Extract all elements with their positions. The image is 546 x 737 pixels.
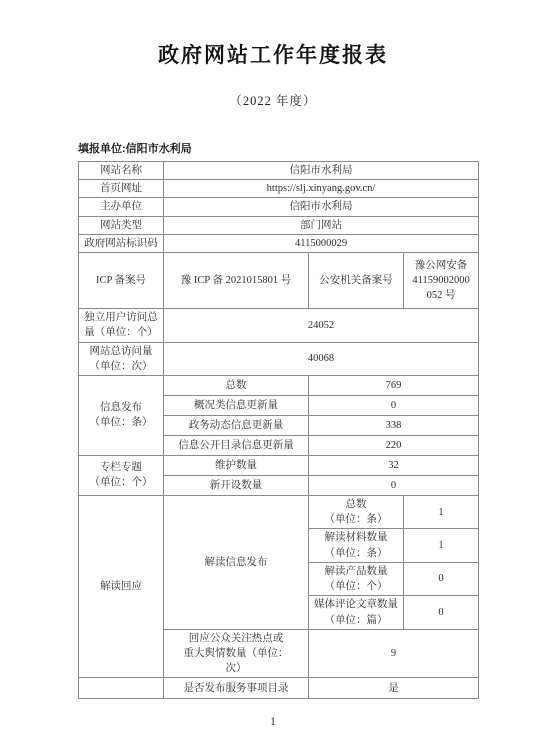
report-page: 政府网站工作年度报表 （2022 年度） 填报单位:信阳市水利局 网站名称 信阳… [0,0,546,737]
interpretation-item-label-cell: 解读产品数量 （单位：个） [309,562,404,595]
empty-section-cell [79,678,164,699]
site-name-value-cell: 信阳市水利局 [164,162,479,180]
special-columns-section-label-cell: 专栏专题 （单位：个） [79,455,164,495]
homepage-url-cell: https://slj.xinyang.gov.cn/ [164,180,479,198]
interpretation-item-label-cell: 总数 （单位：条） [309,495,404,528]
public-response-label-cell: 回应公众关注热点或 重大舆情数量（单位： 次） [164,629,309,678]
page-number: 1 [0,716,546,728]
service-catalog-label-cell: 是否发布服务事项目录 [164,678,309,699]
table-row: 政府网站标识码 4115000029 [79,234,479,252]
info-publish-item-value-cell: 0 [309,395,479,415]
total-visits-label-cell: 网站总访问量 （单位：次） [79,342,164,375]
info-publish-item-label-cell: 概况类信息更新量 [164,395,309,415]
table-row: 独立用户访问总 量（单位：个） 24052 [79,309,479,342]
table-row: 网站类型 部门网站 [79,216,479,234]
site-type-value-cell: 部门网站 [164,216,479,234]
info-publish-section-label-cell: 信息发布 （单位：条） [79,375,164,455]
info-publish-item-label-cell: 总数 [164,375,309,395]
site-name-label-cell: 网站名称 [79,162,164,180]
police-label-cell: 公安机关备案号 [309,253,404,309]
info-publish-item-label-cell: 政务动态信息更新量 [164,415,309,435]
organizer-value-cell: 信阳市水利局 [164,198,479,216]
info-publish-item-value-cell: 220 [309,435,479,455]
interpretation-item-label-cell: 媒体评论文章数量 （单位：篇） [309,596,404,629]
table-row: 是否发布服务事项目录 是 [79,678,479,699]
interpretation-publish-label-cell: 解读信息发布 [164,495,309,629]
interpretation-item-value-cell: 1 [404,529,479,562]
info-publish-item-value-cell: 338 [309,415,479,435]
info-publish-item-value-cell: 769 [309,375,479,395]
annual-report-table: 网站名称 信阳市水利局 首页网址 https://slj.xinyang.gov… [78,161,479,699]
public-response-value-cell: 9 [309,629,479,678]
unique-visitors-label-cell: 独立用户访问总 量（单位：个） [79,309,164,342]
table-row: 网站总访问量 （单位：次） 40068 [79,342,479,375]
interpretation-section-label-cell: 解读回应 [79,495,164,677]
interpretation-item-value-cell: 0 [404,596,479,629]
site-type-label-cell: 网站类型 [79,216,164,234]
unique-visitors-value-cell: 24052 [164,309,479,342]
icp-label-cell: ICP 备案号 [79,253,164,309]
service-catalog-value-cell: 是 [309,678,479,699]
reporting-unit-label: 填报单位:信阳市水利局 [78,140,546,156]
table-row: ICP 备案号 豫 ICP 备 2021015801 号 公安机关备案号 豫公网… [79,253,479,309]
table-row: 首页网址 https://slj.xinyang.gov.cn/ [79,180,479,198]
police-value-cell: 豫公网安备 41159002000 052 号 [404,253,479,309]
site-code-label-cell: 政府网站标识码 [79,234,164,252]
special-columns-item-label-cell: 维护数量 [164,455,309,475]
interpretation-item-value-cell: 0 [404,562,479,595]
report-year-subtitle: （2022 年度） [0,91,546,109]
special-columns-item-value-cell: 32 [309,455,479,475]
interpretation-item-label-cell: 解读材料数量 （单位：条） [309,529,404,562]
table-row: 信息发布 （单位：条） 总数 769 [79,375,479,395]
special-columns-item-label-cell: 新开设数量 [164,475,309,495]
site-code-value-cell: 4115000029 [164,234,479,252]
homepage-label-cell: 首页网址 [79,180,164,198]
interpretation-item-value-cell: 1 [404,495,479,528]
page-title: 政府网站工作年度报表 [0,0,546,70]
table-row: 主办单位 信阳市水利局 [79,198,479,216]
table-row: 网站名称 信阳市水利局 [79,162,479,180]
total-visits-value-cell: 40068 [164,342,479,375]
organizer-label-cell: 主办单位 [79,198,164,216]
icp-value-cell: 豫 ICP 备 2021015801 号 [164,253,309,309]
info-publish-item-label-cell: 信息公开目录信息更新量 [164,435,309,455]
table-row: 解读回应 解读信息发布 总数 （单位：条） 1 [79,495,479,528]
special-columns-item-value-cell: 0 [309,475,479,495]
table-row: 专栏专题 （单位：个） 维护数量 32 [79,455,479,475]
